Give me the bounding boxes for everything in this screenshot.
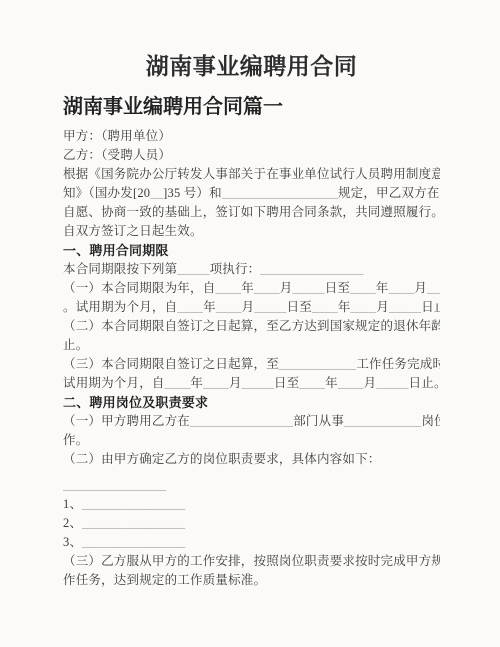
term-option-3-line-1: （三）本合同期限自签订之日起算，至____________工作任务完成时止。 xyxy=(63,355,440,374)
preamble-line-2: 知》（国办发[20__]35 号）和__________________规定，甲… xyxy=(63,184,440,203)
position-line-2: 作。 xyxy=(63,431,440,450)
position-line-1: （一）甲方聘用乙方在________________部门从事__________… xyxy=(63,412,440,431)
party-a-line: 甲方：（聘用单位） xyxy=(63,127,440,146)
obligation-line-2: 作任务，达到规定的工作质量标准。 xyxy=(63,571,440,590)
term-option-2-line-1: （二）本合同期限自签订之日起算，至乙方达到国家规定的退休年龄之日终 xyxy=(63,317,440,336)
party-b-line: 乙方：（受聘人员） xyxy=(63,146,440,165)
section-2-heading: 二、聘用岗位及职责要求 xyxy=(63,393,440,412)
term-option-1-line-1: （一）本合同期限为年，自____年____月_____日至____年____月_… xyxy=(63,279,440,298)
term-option-3-line-2: 试用期为个月，自____年____月_____日至____年____月_____… xyxy=(63,374,440,393)
term-options-line: 本合同期限按下列第_____项执行：________________ xyxy=(63,260,440,279)
duty-item-1: 1、________________ xyxy=(63,495,440,514)
term-option-2-line-2: 止。 xyxy=(63,336,440,355)
preamble-line-1: 根据《国务院办公厅转发人事部关于在事业单位试行人员聘用制度意见的通 xyxy=(63,165,440,184)
duty-item-3: 3、________________ xyxy=(63,533,440,552)
obligation-line-1: （三）乙方服从甲方的工作安排，按照岗位职责要求按时完成甲方规定的工 xyxy=(63,552,440,571)
duties-blank-line: ________________ xyxy=(63,476,440,495)
term-option-1-line-2: 。试用期为个月，自____年____月_____日至____年____月____… xyxy=(63,298,440,317)
duties-intro-line: （二）由甲方确定乙方的岗位职责要求，具体内容如下： xyxy=(63,450,440,469)
preamble-line-3: 自愿、协商一致的基础上，签订如下聘用合同条款，共同遵照履行。本合同 xyxy=(63,203,440,222)
duty-item-2: 2、________________ xyxy=(63,514,440,533)
document-title: 湖南事业编聘用合同 xyxy=(63,52,440,82)
section-1-heading: 一、聘用合同期限 xyxy=(63,241,440,260)
document-subtitle: 湖南事业编聘用合同篇一 xyxy=(63,94,440,120)
document-body: 甲方：（聘用单位） 乙方：（受聘人员） 根据《国务院办公厅转发人事部关于在事业单… xyxy=(63,127,440,590)
contract-document-page: 湖南事业编聘用合同 湖南事业编聘用合同篇一 甲方：（聘用单位） 乙方：（受聘人员… xyxy=(0,0,500,647)
preamble-line-4: 自双方签订之日起生效。 xyxy=(63,222,440,241)
